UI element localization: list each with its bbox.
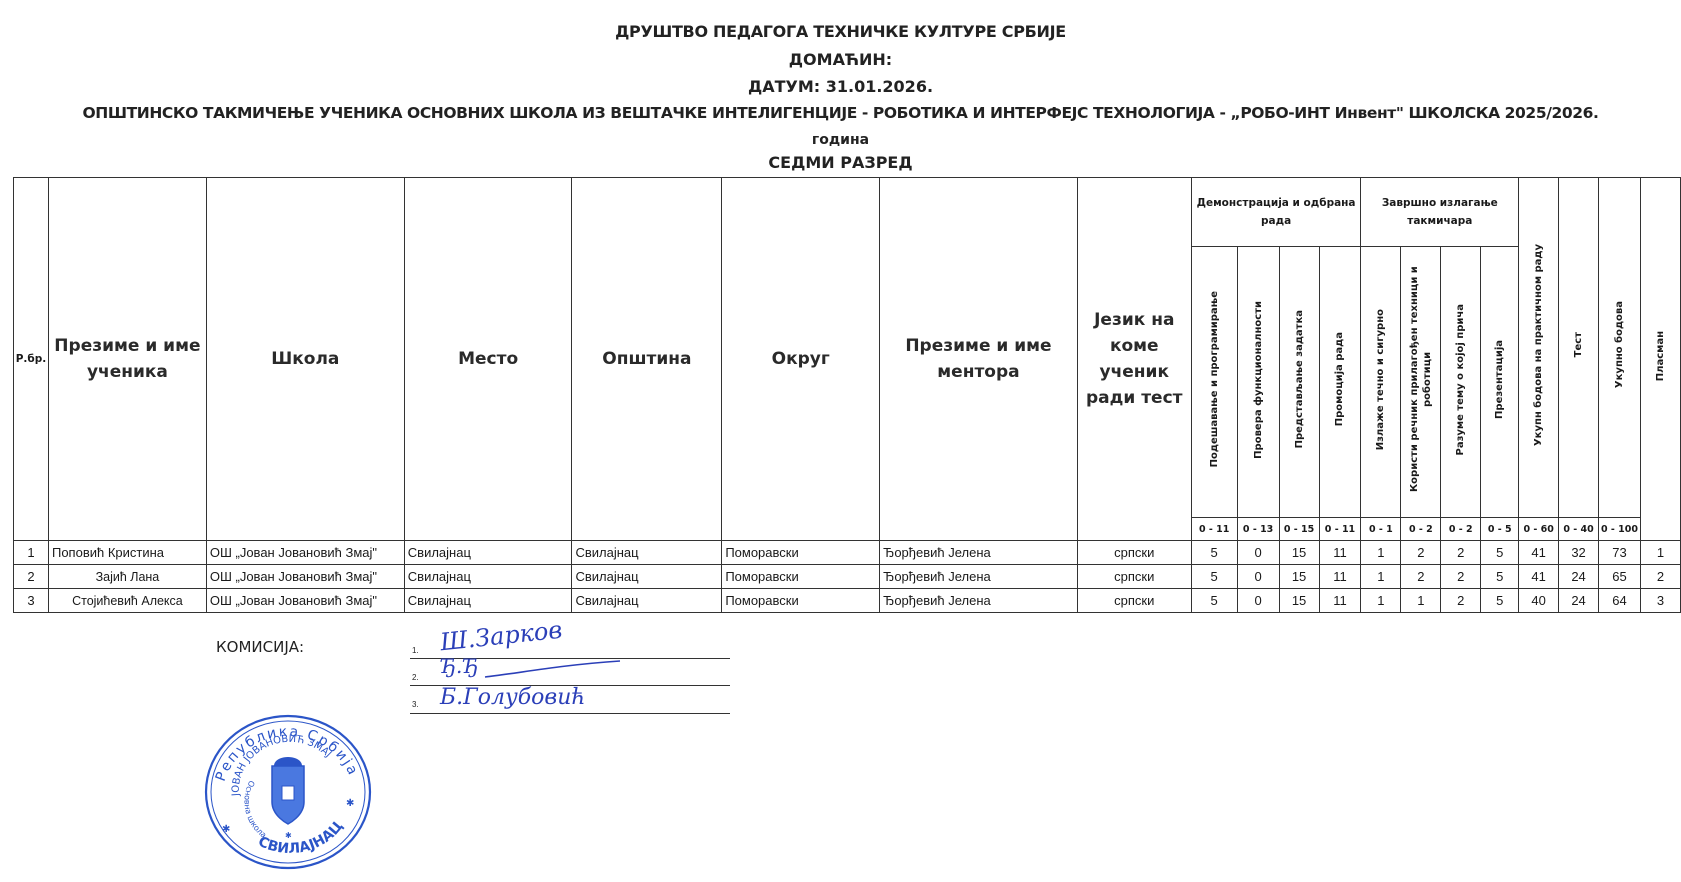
col-presentation: Презентација [1481,247,1519,518]
signature-2-flourish [480,655,630,685]
signature-1: Ш.Зарков [439,616,564,657]
score-cell: 1 [1361,565,1401,589]
group-final: Завршно излагање такмичара [1361,178,1519,247]
col-practical-total: Укупн бодова на практичном раду [1519,178,1559,518]
score-cell: 2 [1441,589,1481,613]
test-language: српски [1077,541,1191,565]
place: Свилајнац [404,541,572,565]
col-student: Презиме и име ученика [48,178,206,541]
signature-line-3 [410,713,730,714]
range-cell: 0 - 11 [1191,518,1237,541]
group-demo: Демонстрација и одбрана рада [1191,178,1361,247]
district: Поморавски [722,589,880,613]
score-cell: 32 [1559,541,1599,565]
municipality: Свилајнац [572,589,722,613]
col-district: Округ [722,178,880,541]
placement-cell: 1 [1640,541,1680,565]
signature-number: 1. [412,646,419,655]
place: Свилајнац [404,565,572,589]
table-row: 2Зајић ЛанаОШ „Јован Јовановић Змај"Свил… [14,565,1681,589]
range-cell: 0 - 40 [1559,518,1599,541]
col-understanding: Разуме тему о којој прича [1441,247,1481,518]
mentor-name: Ђорђевић Јелена [880,565,1078,589]
score-cell: 2 [1441,565,1481,589]
col-vocabulary: Користи речник прилагођен техници и робо… [1401,247,1441,518]
score-cell: 1 [1361,589,1401,613]
range-cell: 0 - 15 [1279,518,1319,541]
student-name: Зајић Лана [48,565,206,589]
date-label: ДАТУМ: 31.01.2026. [0,77,1681,96]
col-fluent: Излаже течно и сигурно [1361,247,1401,518]
col-task-presentation: Представљање задатка [1279,247,1319,518]
score-cell: 73 [1599,541,1641,565]
range-cell: 0 - 1 [1361,518,1401,541]
municipality: Свилајнац [572,565,722,589]
place: Свилајнац [404,589,572,613]
grade-title: СЕДМИ РАЗРЕД [0,153,1681,172]
col-mentor: Презиме и име ментора [880,178,1078,541]
col-placement: Пласман [1640,178,1680,541]
host-label: ДОМАЋИН: [0,50,1681,69]
signature-number: 2. [412,673,419,682]
range-cell: 0 - 5 [1481,518,1519,541]
score-cell: 5 [1191,541,1237,565]
placement-cell: 3 [1640,589,1680,613]
score-cell: 64 [1599,589,1641,613]
competition-title: ОПШТИНСКО ТАКМИЧЕЊЕ УЧЕНИКА ОСНОВНИХ ШКО… [0,104,1681,122]
range-cell: 0 - 13 [1237,518,1279,541]
row-number: 1 [14,541,49,565]
svg-text:✱: ✱ [222,824,230,835]
svg-text:✱: ✱ [285,831,292,840]
range-cell: 0 - 11 [1319,518,1361,541]
score-cell: 1 [1361,541,1401,565]
col-functionality-check: Провера функционалности [1237,247,1279,518]
table-row: 3Стојићевић АлексаОШ „Јован Јовановић Зм… [14,589,1681,613]
commission-label: КОМИСИЈА: [216,638,304,656]
signature-3: Б.Голубовић [440,685,586,710]
table-row: 1Поповић КристинаОШ „Јован Јовановић Зма… [14,541,1681,565]
score-cell: 41 [1519,541,1559,565]
test-language: српски [1077,565,1191,589]
score-cell: 15 [1279,541,1319,565]
score-cell: 0 [1237,589,1279,613]
score-cell: 0 [1237,565,1279,589]
row-number: 3 [14,589,49,613]
district: Поморавски [722,565,880,589]
signature-number: 3. [412,700,419,709]
score-cell: 65 [1599,565,1641,589]
col-place: Место [404,178,572,541]
col-municipality: Општина [572,178,722,541]
col-language: Језик на коме ученик ради тест [1077,178,1191,541]
score-cell: 40 [1519,589,1559,613]
range-cell: 0 - 60 [1519,518,1559,541]
district: Поморавски [722,541,880,565]
results-table: Р.бр. Презиме и име ученика Школа Место … [13,177,1681,613]
svg-text:✱: ✱ [346,798,354,809]
col-test: Тест [1559,178,1599,518]
score-cell: 15 [1279,565,1319,589]
mentor-name: Ђорђевић Јелена [880,541,1078,565]
score-cell: 5 [1481,565,1519,589]
organization-title: ДРУШТВО ПЕДАГОГА ТЕХНИЧКЕ КУЛТУРЕ СРБИЈЕ [0,22,1681,41]
score-cell: 11 [1319,589,1361,613]
placement-cell: 2 [1640,565,1680,589]
score-cell: 2 [1401,541,1441,565]
range-cell: 0 - 2 [1401,518,1441,541]
col-promotion: Промоција рада [1319,247,1361,518]
student-name: Поповић Кристина [48,541,206,565]
svg-text:Основна школа: Основна школа [242,779,268,840]
score-cell: 5 [1191,565,1237,589]
range-cell: 0 - 100 [1599,518,1641,541]
score-cell: 2 [1401,565,1441,589]
school-name: ОШ „Јован Јовановић Змај" [206,565,404,589]
test-language: српски [1077,589,1191,613]
score-cell: 24 [1559,589,1599,613]
signature-2: Ђ.Ђ [440,654,478,678]
school-stamp: Република Србија ЈОВАН ЈОВАНОВИЋ ЗМАЈ СВ… [200,710,375,870]
score-cell: 1 [1401,589,1441,613]
score-cell: 24 [1559,565,1599,589]
school-name: ОШ „Јован Јовановић Змај" [206,589,404,613]
svg-text:СВИЛАЈНАЦ: СВИЛАЈНАЦ [256,818,347,857]
col-setup-programming: Подешавање и програмирање [1191,247,1237,518]
col-school: Школа [206,178,404,541]
score-cell: 2 [1441,541,1481,565]
range-cell: 0 - 2 [1441,518,1481,541]
col-rb: Р.бр. [14,178,49,541]
col-total: Укупно бодова [1599,178,1641,518]
score-cell: 11 [1319,565,1361,589]
municipality: Свилајнац [572,541,722,565]
score-cell: 15 [1279,589,1319,613]
row-number: 2 [14,565,49,589]
score-cell: 41 [1519,565,1559,589]
score-cell: 11 [1319,541,1361,565]
year-word: година [0,132,1681,148]
score-cell: 5 [1191,589,1237,613]
score-cell: 0 [1237,541,1279,565]
school-name: ОШ „Јован Јовановић Змај" [206,541,404,565]
student-name: Стојићевић Алекса [48,589,206,613]
score-cell: 5 [1481,541,1519,565]
mentor-name: Ђорђевић Јелена [880,589,1078,613]
score-cell: 5 [1481,589,1519,613]
